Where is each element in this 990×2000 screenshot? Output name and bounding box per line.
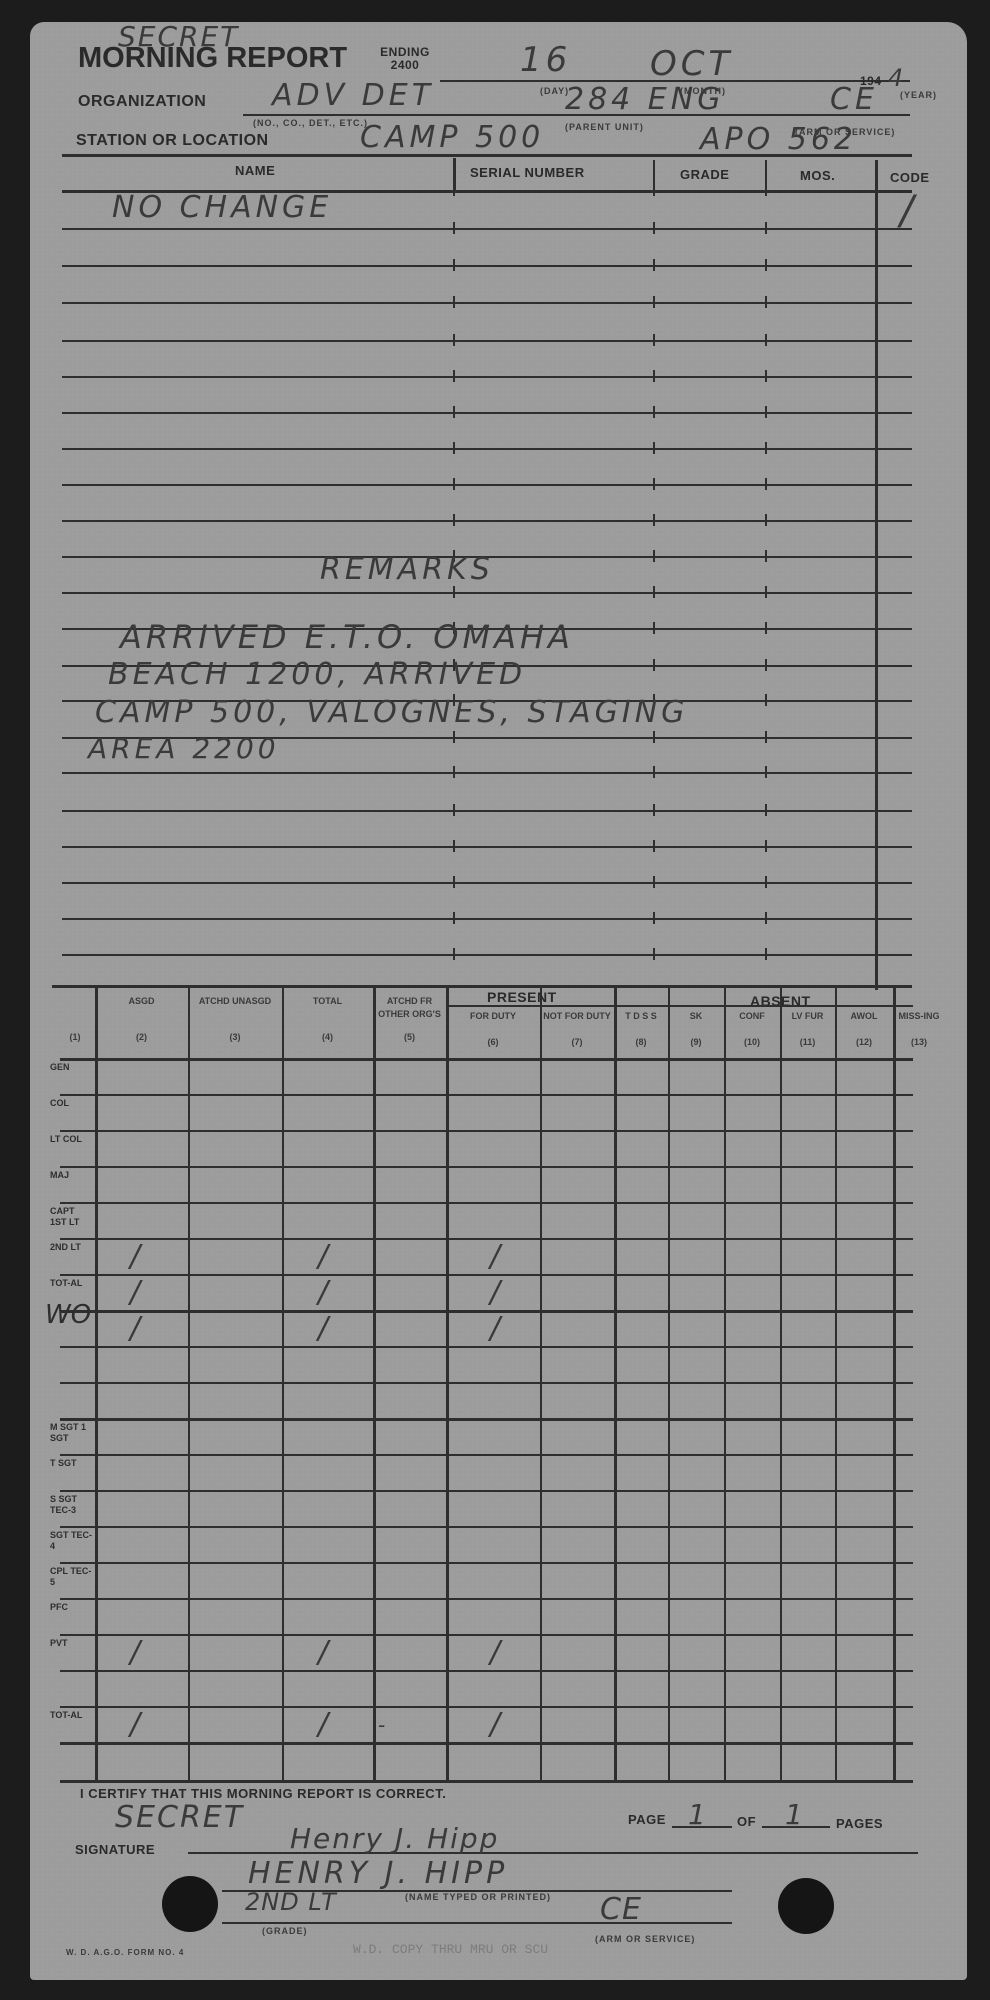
strength-row-label: T SGT: [50, 1458, 92, 1469]
tally-mark-asgd[interactable]: /: [130, 1710, 140, 1740]
arm-service-value[interactable]: CE: [830, 82, 878, 117]
grid-row-line: [60, 1562, 913, 1564]
grid-column-line: [282, 987, 284, 1782]
page-number[interactable]: 1: [688, 1798, 710, 1831]
grid-column-line: [668, 987, 670, 1782]
column-number: (2): [95, 1031, 188, 1044]
tally-mark-total[interactable]: /: [318, 1278, 328, 1308]
column-label: MISS-ING: [893, 1010, 945, 1036]
roster-rule-line: [62, 448, 912, 450]
grid-row-line: [60, 1310, 913, 1313]
group-header-underline: [448, 1005, 913, 1007]
grid-row-line: [60, 1130, 913, 1132]
strength-column-header: LV FUR(11): [780, 1010, 835, 1049]
grid-column-line: [95, 987, 98, 1782]
grid-top-border: [52, 985, 912, 988]
roster-rule-line: [62, 772, 912, 774]
column-tick: [653, 222, 655, 234]
signature-value[interactable]: Henry J. Hipp: [290, 1822, 499, 1855]
column-label: FOR DUTY: [446, 1010, 540, 1036]
strength-row-label: PVT: [50, 1638, 92, 1649]
grid-column-line: [724, 987, 726, 1782]
column-tick: [653, 184, 655, 196]
column-tick: [765, 370, 767, 382]
column-tick: [453, 840, 455, 852]
report-day[interactable]: 16: [520, 40, 571, 80]
ending-label: ENDING 2400: [375, 46, 435, 72]
page-total[interactable]: 1: [785, 1798, 807, 1831]
strength-row-label: COL: [50, 1098, 92, 1109]
column-tick: [765, 259, 767, 271]
parent-unit-value[interactable]: 284 ENG: [565, 82, 724, 117]
grid-row-line: [60, 1058, 913, 1061]
column-tick: [765, 406, 767, 418]
punch-hole-left: [162, 1876, 218, 1932]
column-number: (9): [668, 1036, 724, 1049]
column-tick: [765, 334, 767, 346]
tally-mark-total[interactable]: /: [318, 1638, 328, 1668]
column-tick: [653, 586, 655, 598]
strength-column-header: ASGD(2): [95, 995, 188, 1044]
grid-column-line: [780, 987, 782, 1782]
column-number: (13): [893, 1036, 945, 1049]
column-tick: [653, 334, 655, 346]
column-label: T D S S: [614, 1010, 668, 1036]
column-tick: [765, 442, 767, 454]
column-tick: [453, 948, 455, 960]
arm-caption-bottom: (ARM OR SERVICE): [595, 1934, 695, 1944]
of-label: OF: [737, 1814, 756, 1829]
grid-row-line: [60, 1490, 913, 1492]
column-tick: [765, 586, 767, 598]
column-tick: [765, 550, 767, 562]
column-tick: [453, 442, 455, 454]
organization-label: ORGANIZATION: [78, 93, 206, 111]
copy-note: W.D. COPY THRU MRU OR SCU: [353, 1942, 548, 1957]
grid-column-line: [446, 987, 449, 1782]
station-label: STATION OR LOCATION: [76, 132, 269, 150]
grid-row-line: [60, 1598, 913, 1600]
tally-mark-for-duty[interactable]: /: [490, 1278, 500, 1308]
org-caption: (NO., CO., DET., ETC.): [253, 118, 368, 128]
strength-column-header: FOR DUTY(6): [446, 1010, 540, 1049]
column-tick: [765, 948, 767, 960]
grid-row-line: [60, 1274, 913, 1276]
grid-row-line: [60, 1166, 913, 1168]
page-label: PAGE: [628, 1812, 666, 1827]
roster-entry-code[interactable]: /: [900, 188, 913, 234]
present-group-header: PRESENT: [487, 989, 557, 1005]
strength-row-label: S SGT TEC-3: [50, 1494, 92, 1516]
roster-rule-line: [62, 484, 912, 486]
column-tick: [453, 876, 455, 888]
column-number: (11): [780, 1036, 835, 1049]
column-label: SK: [668, 1010, 724, 1036]
strength-row-label: MAJ: [50, 1170, 92, 1181]
column-tick: [653, 766, 655, 778]
grid-row-line: [60, 1238, 913, 1240]
column-tick: [653, 442, 655, 454]
column-number: (5): [373, 1031, 446, 1044]
column-header-serial: SERIAL NUMBER: [470, 165, 585, 180]
column-tick: [653, 370, 655, 382]
column-tick: [453, 370, 455, 382]
column-tick: [453, 912, 455, 924]
strength-column-header: MISS-ING(13): [893, 1010, 945, 1049]
form-number: W. D. A.G.O. FORM NO. 4: [66, 1948, 184, 1957]
column-tick: [765, 514, 767, 526]
grid-row-line: [60, 1706, 913, 1708]
column-tick: [653, 840, 655, 852]
roster-rule-line: [62, 810, 912, 812]
roster-rule-line: [62, 954, 912, 956]
remarks-line-1[interactable]: ARRIVED E.T.O. OMAHA: [120, 618, 574, 656]
tally-mark-asgd[interactable]: /: [130, 1638, 140, 1668]
roster-entry-name[interactable]: NO CHANGE: [112, 190, 332, 225]
tally-mark-for-duty[interactable]: /: [490, 1242, 500, 1272]
strength-column-header: (1): [55, 995, 95, 1044]
signature-label: SIGNATURE: [75, 1842, 155, 1857]
column-tick: [765, 694, 767, 706]
column-number: (8): [614, 1036, 668, 1049]
column-number: (7): [540, 1036, 614, 1049]
column-tick: [765, 659, 767, 671]
column-tick: [453, 804, 455, 816]
column-tick: [653, 478, 655, 490]
grid-row-line: [60, 1742, 913, 1745]
column-tick: [653, 948, 655, 960]
roster-rule-line: [62, 846, 912, 848]
column-tick: [453, 184, 455, 196]
column-tick: [765, 622, 767, 634]
certification-statement: I CERTIFY THAT THIS MORNING REPORT IS CO…: [80, 1786, 446, 1801]
roster-rule-line: [62, 376, 912, 378]
column-tick: [765, 840, 767, 852]
column-label: ATCHD UNASGD: [188, 995, 282, 1021]
strength-row-label: LT COL: [50, 1134, 92, 1145]
column-tick: [765, 478, 767, 490]
column-tick: [453, 586, 455, 598]
column-tick: [653, 622, 655, 634]
strength-row-label: M SGT 1 SGT: [50, 1422, 92, 1444]
strength-column-header: SK(9): [668, 1010, 724, 1049]
grade-value[interactable]: 2ND LT: [245, 1888, 337, 1916]
ending-label-line2: 2400: [375, 59, 435, 72]
station-value[interactable]: CAMP 500: [360, 120, 544, 155]
roster-rule-line: [62, 302, 912, 304]
column-tick: [453, 406, 455, 418]
column-tick: [765, 912, 767, 924]
strength-row-label: TOT-AL: [50, 1278, 92, 1289]
strength-column-header: ATCHD FR OTHER ORG'S(5): [373, 995, 446, 1044]
grid-column-line: [373, 987, 376, 1782]
grid-column-line: [893, 987, 896, 1782]
tally-mark-total[interactable]: /: [318, 1710, 328, 1740]
strength-row-label: 2ND LT: [50, 1242, 92, 1253]
column-label: CONF: [724, 1010, 780, 1036]
column-header-grade: GRADE: [680, 167, 729, 182]
grid-column-line: [835, 987, 837, 1782]
code-column-divider: [875, 160, 878, 990]
punch-hole-right: [778, 1878, 834, 1934]
classification-bottom: SECRET: [115, 1800, 244, 1835]
column-header-name: NAME: [235, 163, 275, 178]
roster-rule-line: [62, 882, 912, 884]
column-label: TOTAL: [282, 995, 373, 1021]
roster-rule-line: [62, 918, 912, 920]
column-tick: [453, 766, 455, 778]
column-tick: [765, 222, 767, 234]
report-month[interactable]: OCT: [650, 44, 733, 84]
column-tick: [653, 659, 655, 671]
pages-label: PAGES: [836, 1816, 883, 1831]
year-caption: (YEAR): [900, 90, 937, 100]
roster-rule-line: [62, 520, 912, 522]
strength-column-header: ATCHD UNASGD(3): [188, 995, 282, 1044]
column-tick: [453, 334, 455, 346]
column-header-mos: MOS.: [800, 168, 835, 183]
roster-rule-line: [62, 228, 912, 230]
column-tick: [765, 766, 767, 778]
grid-row-line: [60, 1454, 913, 1456]
strength-row-label: TOT-AL: [50, 1710, 92, 1721]
column-label: [55, 995, 95, 1021]
grid-row-line: [60, 1094, 913, 1096]
tally-mark-asgd[interactable]: /: [130, 1278, 140, 1308]
column-tick: [653, 876, 655, 888]
tally-mark-total[interactable]: /: [318, 1314, 328, 1344]
report-year[interactable]: 4: [888, 64, 903, 92]
column-label: LV FUR: [780, 1010, 835, 1036]
strength-row-label: WO: [45, 1310, 87, 1321]
grid-row-line: [60, 1202, 913, 1204]
strength-row-label: GEN: [50, 1062, 92, 1073]
roster-rule-line: [62, 340, 912, 342]
grid-column-line: [188, 987, 190, 1782]
column-tick: [653, 804, 655, 816]
tally-mark-for-duty[interactable]: /: [490, 1314, 500, 1344]
column-number: (3): [188, 1031, 282, 1044]
printed-name[interactable]: HENRY J. HIPP: [248, 1856, 508, 1891]
roster-rule-line: [62, 412, 912, 414]
column-tick: [453, 731, 455, 743]
grid-row-line: [60, 1670, 913, 1672]
grid-column-line: [540, 987, 542, 1782]
form-title: MORNING REPORT: [78, 42, 347, 75]
column-tick: [453, 222, 455, 234]
column-tick: [453, 296, 455, 308]
column-label: ASGD: [95, 995, 188, 1021]
column-tick: [653, 550, 655, 562]
column-tick: [765, 296, 767, 308]
strength-column-header: T D S S(8): [614, 1010, 668, 1049]
column-label: NOT FOR DUTY: [540, 1010, 614, 1036]
tally-mark-total[interactable]: /: [318, 1242, 328, 1272]
remarks-line-4[interactable]: AREA 2200: [88, 732, 280, 765]
grid-row-line: [60, 1346, 913, 1348]
column-tick: [765, 876, 767, 888]
remarks-line-2[interactable]: BEACH 1200, ARRIVED: [108, 657, 526, 692]
parent-caption: (PARENT UNIT): [565, 122, 644, 132]
tally-mark-for-duty[interactable]: /: [490, 1710, 500, 1740]
roster-rule-line: [62, 592, 912, 594]
strength-row-label: CAPT 1ST LT: [50, 1206, 92, 1228]
tally-mark-for-duty[interactable]: /: [490, 1638, 500, 1668]
column-tick: [653, 514, 655, 526]
grid-row-line: [60, 1418, 913, 1421]
column-tick: [653, 731, 655, 743]
column-number: (12): [835, 1036, 893, 1049]
grade-caption: (GRADE): [262, 1926, 308, 1936]
tally-mark-asgd[interactable]: /: [130, 1242, 140, 1272]
column-tick: [765, 184, 767, 196]
remarks-heading: REMARKS: [320, 552, 494, 587]
remarks-line-3[interactable]: CAMP 500, VALOGNES, STAGING: [95, 695, 688, 730]
strength-row-label: SGT TEC-4: [50, 1530, 92, 1552]
strength-row-label: PFC: [50, 1602, 92, 1613]
column-number: (10): [724, 1036, 780, 1049]
column-header-code: CODE: [890, 170, 930, 185]
column-tick: [453, 514, 455, 526]
column-number: (1): [55, 1031, 95, 1044]
column-label: ATCHD FR OTHER ORG'S: [373, 995, 446, 1021]
grid-row-line: [60, 1780, 913, 1783]
tally-mark-asgd[interactable]: /: [130, 1314, 140, 1344]
tally-mark-atchd-other[interactable]: -: [378, 1710, 385, 1740]
strength-row-label: CPL TEC-5: [50, 1566, 92, 1588]
column-tick: [765, 731, 767, 743]
column-number: (6): [446, 1036, 540, 1049]
grid-column-line: [614, 987, 617, 1782]
column-tick: [453, 259, 455, 271]
printed-name-caption: (NAME TYPED OR PRINTED): [405, 1892, 551, 1902]
column-number: (4): [282, 1031, 373, 1044]
grid-row-line: [60, 1526, 913, 1528]
column-tick: [765, 804, 767, 816]
grid-row-line: [60, 1382, 913, 1384]
column-tick: [653, 296, 655, 308]
organization-value[interactable]: ADV DET: [272, 78, 434, 113]
strength-column-header: NOT FOR DUTY(7): [540, 1010, 614, 1049]
column-tick: [653, 912, 655, 924]
strength-column-header: AWOL(12): [835, 1010, 893, 1049]
column-tick: [453, 478, 455, 490]
grade-line: [222, 1922, 732, 1924]
grid-row-line: [60, 1634, 913, 1636]
column-label: AWOL: [835, 1010, 893, 1036]
strength-column-header: CONF(10): [724, 1010, 780, 1049]
column-tick: [653, 406, 655, 418]
strength-column-header: TOTAL(4): [282, 995, 373, 1044]
column-tick: [653, 259, 655, 271]
apo-value[interactable]: APO 562: [700, 122, 857, 157]
roster-rule-line: [62, 265, 912, 267]
